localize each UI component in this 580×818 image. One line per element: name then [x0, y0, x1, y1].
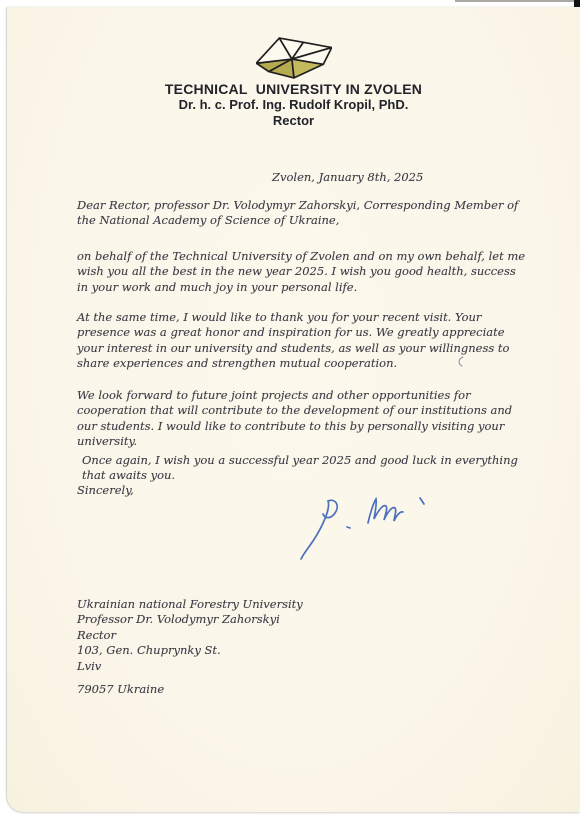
dateline: Zvolen, January 8th, 2025 [272, 170, 492, 185]
recipient-postal: 79057 Ukraine [77, 682, 529, 697]
recipient-university: Ukrainian national Forestry University [77, 597, 529, 612]
scan-edge-artifact [455, 0, 580, 2]
recipient-city: Lviv [77, 659, 529, 674]
university-pinwheel-logo-icon [256, 36, 332, 80]
recipient-title: Rector [77, 628, 529, 643]
university-name: TECHNICAL UNIVERSITY IN ZVOLEN [7, 82, 580, 97]
recipient-street: 103, Gen. Chuprynky St. [77, 643, 529, 658]
rector-title: Rector [7, 114, 580, 129]
letter-paper: TECHNICAL UNIVERSITY IN ZVOLEN Dr. h. c.… [7, 7, 580, 812]
salutation: Dear Rector, professor Dr. Volodymyr Zah… [77, 198, 529, 229]
recipient-name: Professor Dr. Volodymyr Zahorskyi [77, 612, 529, 627]
paragraph-3: We look forward to future joint projects… [77, 388, 529, 450]
pen-mark-artifact [453, 355, 467, 371]
paragraph-4: Once again, I wish you a successful year… [77, 453, 534, 484]
rector-name: Dr. h. c. Prof. Ing. Rudolf Kropil, PhD. [7, 98, 580, 113]
letterhead: TECHNICAL UNIVERSITY IN ZVOLEN Dr. h. c.… [7, 36, 580, 128]
signature-icon [290, 489, 450, 564]
paragraph-1: on behalf of the Technical University of… [77, 249, 529, 295]
recipient-address-block: Ukrainian national Forestry University P… [77, 597, 529, 697]
scan-corner-artifact [574, 0, 580, 7]
